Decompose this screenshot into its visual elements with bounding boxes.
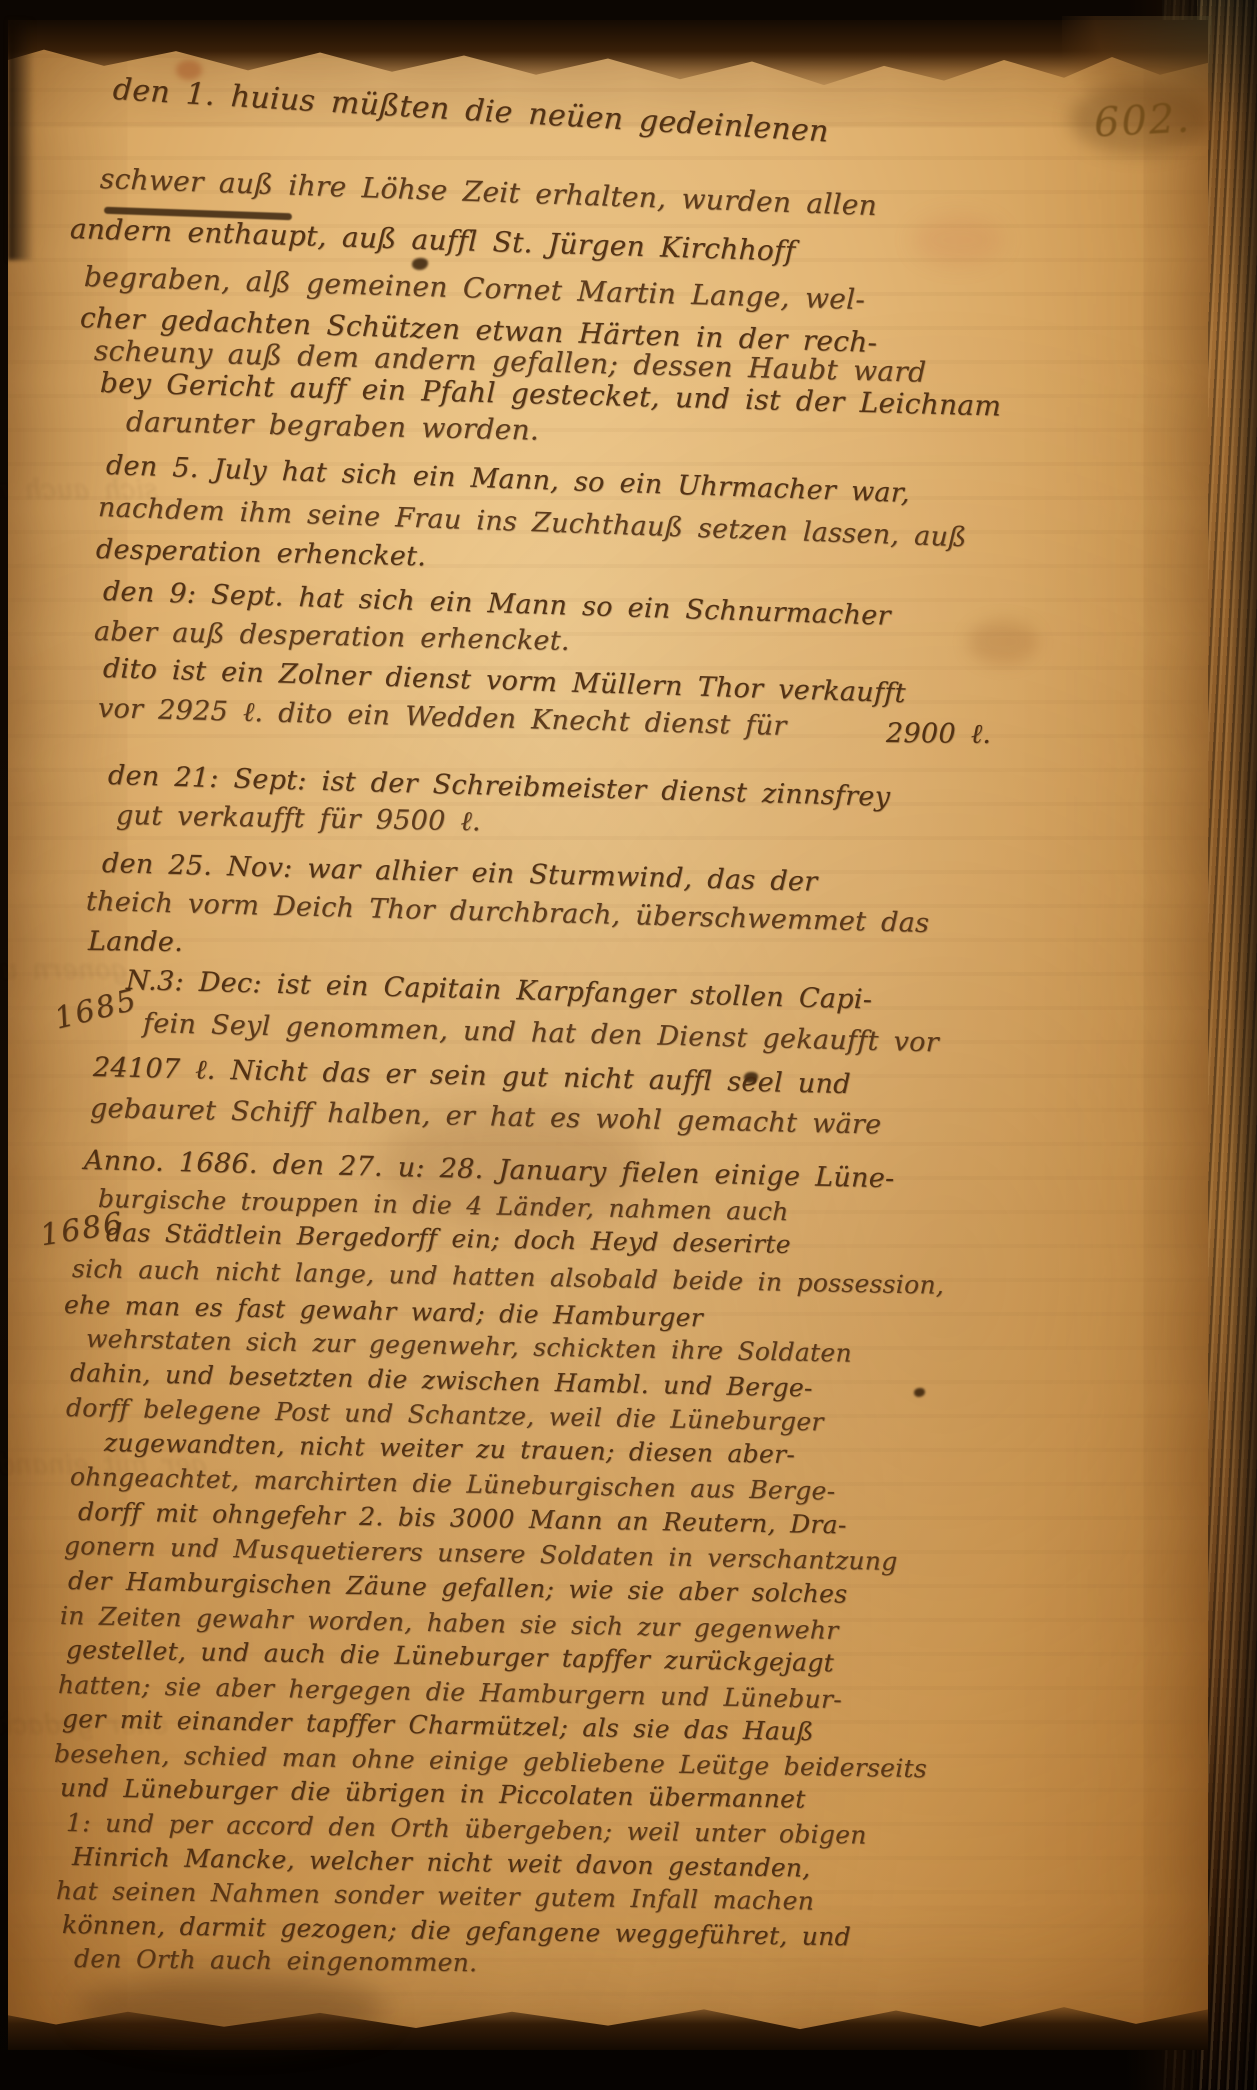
show-through-text: ger mit einander tapffer Charmützel; als… [0,1450,208,1480]
manuscript-line-p6-3: Lande. [88,926,183,958]
manuscript-line-p8-22: hat seinen Nahmen sonder weiter gutem In… [56,1876,815,1916]
manuscript-page: 602. 1685 1686 den 1. huius müßten die n… [8,20,1208,2050]
manuscript-line-p7-2: fein Seyl genommen, und hat den Dienst g… [143,1008,940,1058]
show-through-text: gonern und Musquetierers unsere Soldaten… [0,955,128,985]
show-through-text: sich auch nicht lange, und hatten alsoba… [0,475,158,505]
manuscript-line-p1-8: darunter begraben worden. [126,405,540,447]
handwritten-text-block: den 1. huius müßten die neüen gedeinlene… [8,20,1208,2050]
photo-background: 602. 1685 1686 den 1. huius müßten die n… [0,0,1257,2090]
manuscript-line-p1-1: den 1. huius müßten die neüen gedeinlene… [112,72,830,149]
manuscript-line-p1-3: andern enthaupt, auß auffl St. Jürgen Ki… [69,212,795,268]
show-through-text: cher gedachten Schützen etwan Härten in … [0,1710,168,1740]
manuscript-line-p7-1: N.3: Dec: ist ein Capitain Karpfanger st… [126,965,873,1016]
manuscript-line-p2-3: desperation erhencket. [96,534,427,572]
manuscript-line-p1-2: schwer auß ihre Löhse Zeit erhalten, wur… [99,162,877,222]
manuscript-line-p7-4: gebauret Schiff halben, er hat es wohl g… [90,1093,882,1141]
manuscript-line-p4-3: 2900 ℓ. [886,718,992,750]
manuscript-line-p8-24: den Orth auch eingenommen. [74,1944,478,1977]
manuscript-line-p3-2: aber auß desperation erhencket. [94,616,570,657]
manuscript-line-p7-3: 24107 ℓ. Nicht das er sein gut nicht auf… [93,1052,851,1100]
manuscript-line-p8-21: Hinrich Mancke, welcher nicht weit davon… [72,1842,811,1883]
manuscript-line-p5-2: gut verkaufft für 9500 ℓ. [116,800,482,837]
